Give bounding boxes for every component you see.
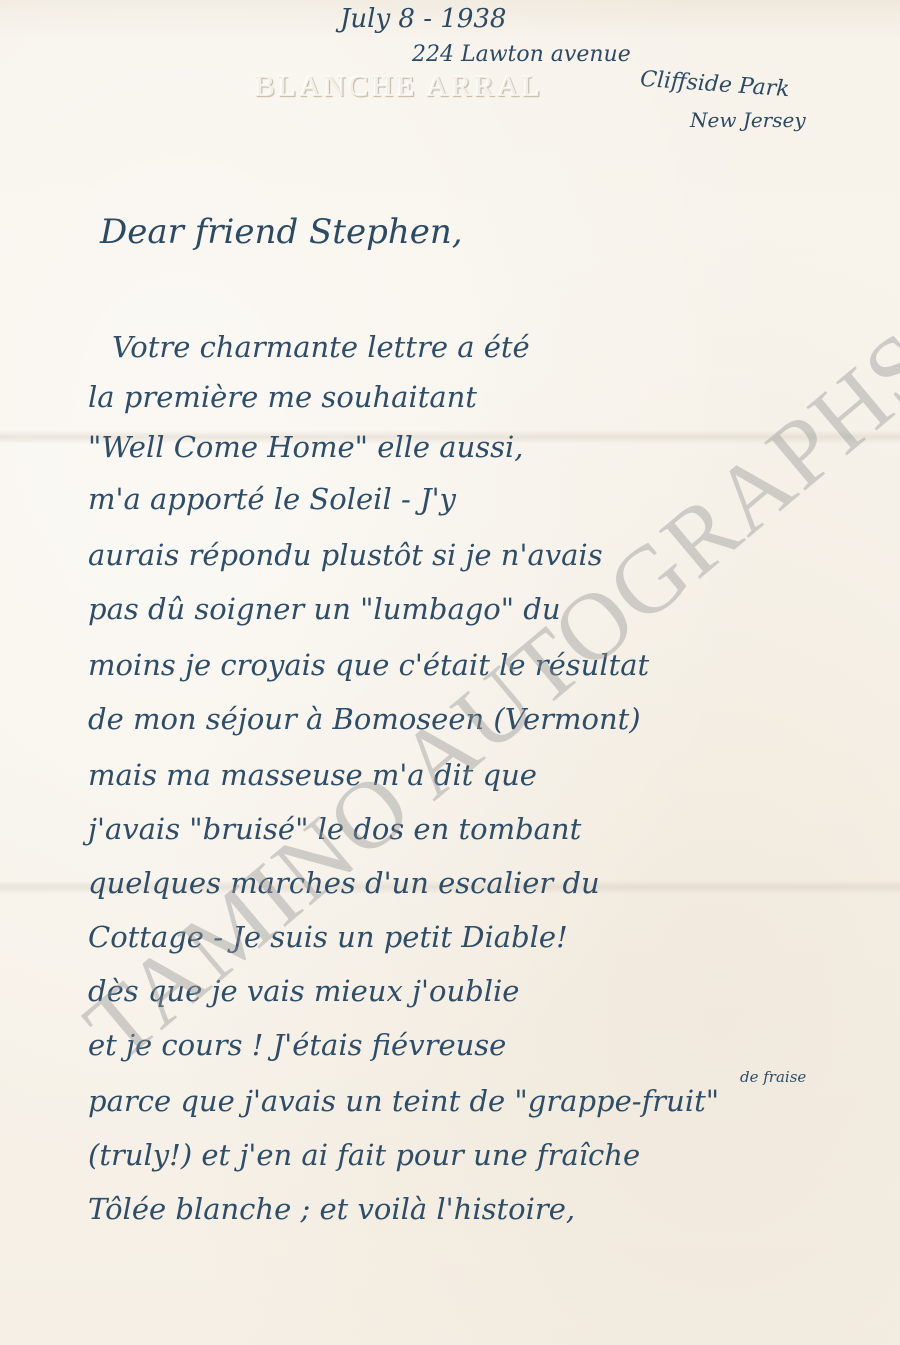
address-state: New Jersey	[690, 108, 806, 132]
address-city: Cliffside Park	[639, 67, 790, 102]
body-line: Tôlée blanche ; et voilà l'histoire,	[88, 1192, 575, 1226]
letter-date: July 8 - 1938	[340, 4, 506, 34]
watermark: TAMINO AUTOGRAPHS	[53, 299, 900, 1091]
letter-page: BLANCHE ARRAL July 8 - 1938 224 Lawton a…	[0, 0, 900, 1345]
body-line: pas dû soigner un "lumbago" du	[88, 592, 561, 626]
body-line: la première me souhaitant	[88, 380, 477, 414]
salutation: Dear friend Stephen,	[100, 212, 463, 252]
body-line: aurais répondu plustôt si je n'avais	[88, 538, 603, 572]
body-line: parce que j'avais un teint de "grappe-fr…	[88, 1084, 719, 1118]
interlinear-insertion: de fraise	[740, 1068, 806, 1086]
embossed-letterhead: BLANCHE ARRAL	[255, 70, 543, 104]
body-line: Votre charmante lettre a été	[112, 330, 530, 364]
body-line: "Well Come Home" elle aussi,	[88, 430, 524, 464]
address-street: 224 Lawton avenue	[412, 42, 631, 67]
body-line: m'a apporté le Soleil - J'y	[88, 482, 456, 516]
body-line: (truly!) et j'en ai fait pour une fraîch…	[88, 1138, 640, 1172]
